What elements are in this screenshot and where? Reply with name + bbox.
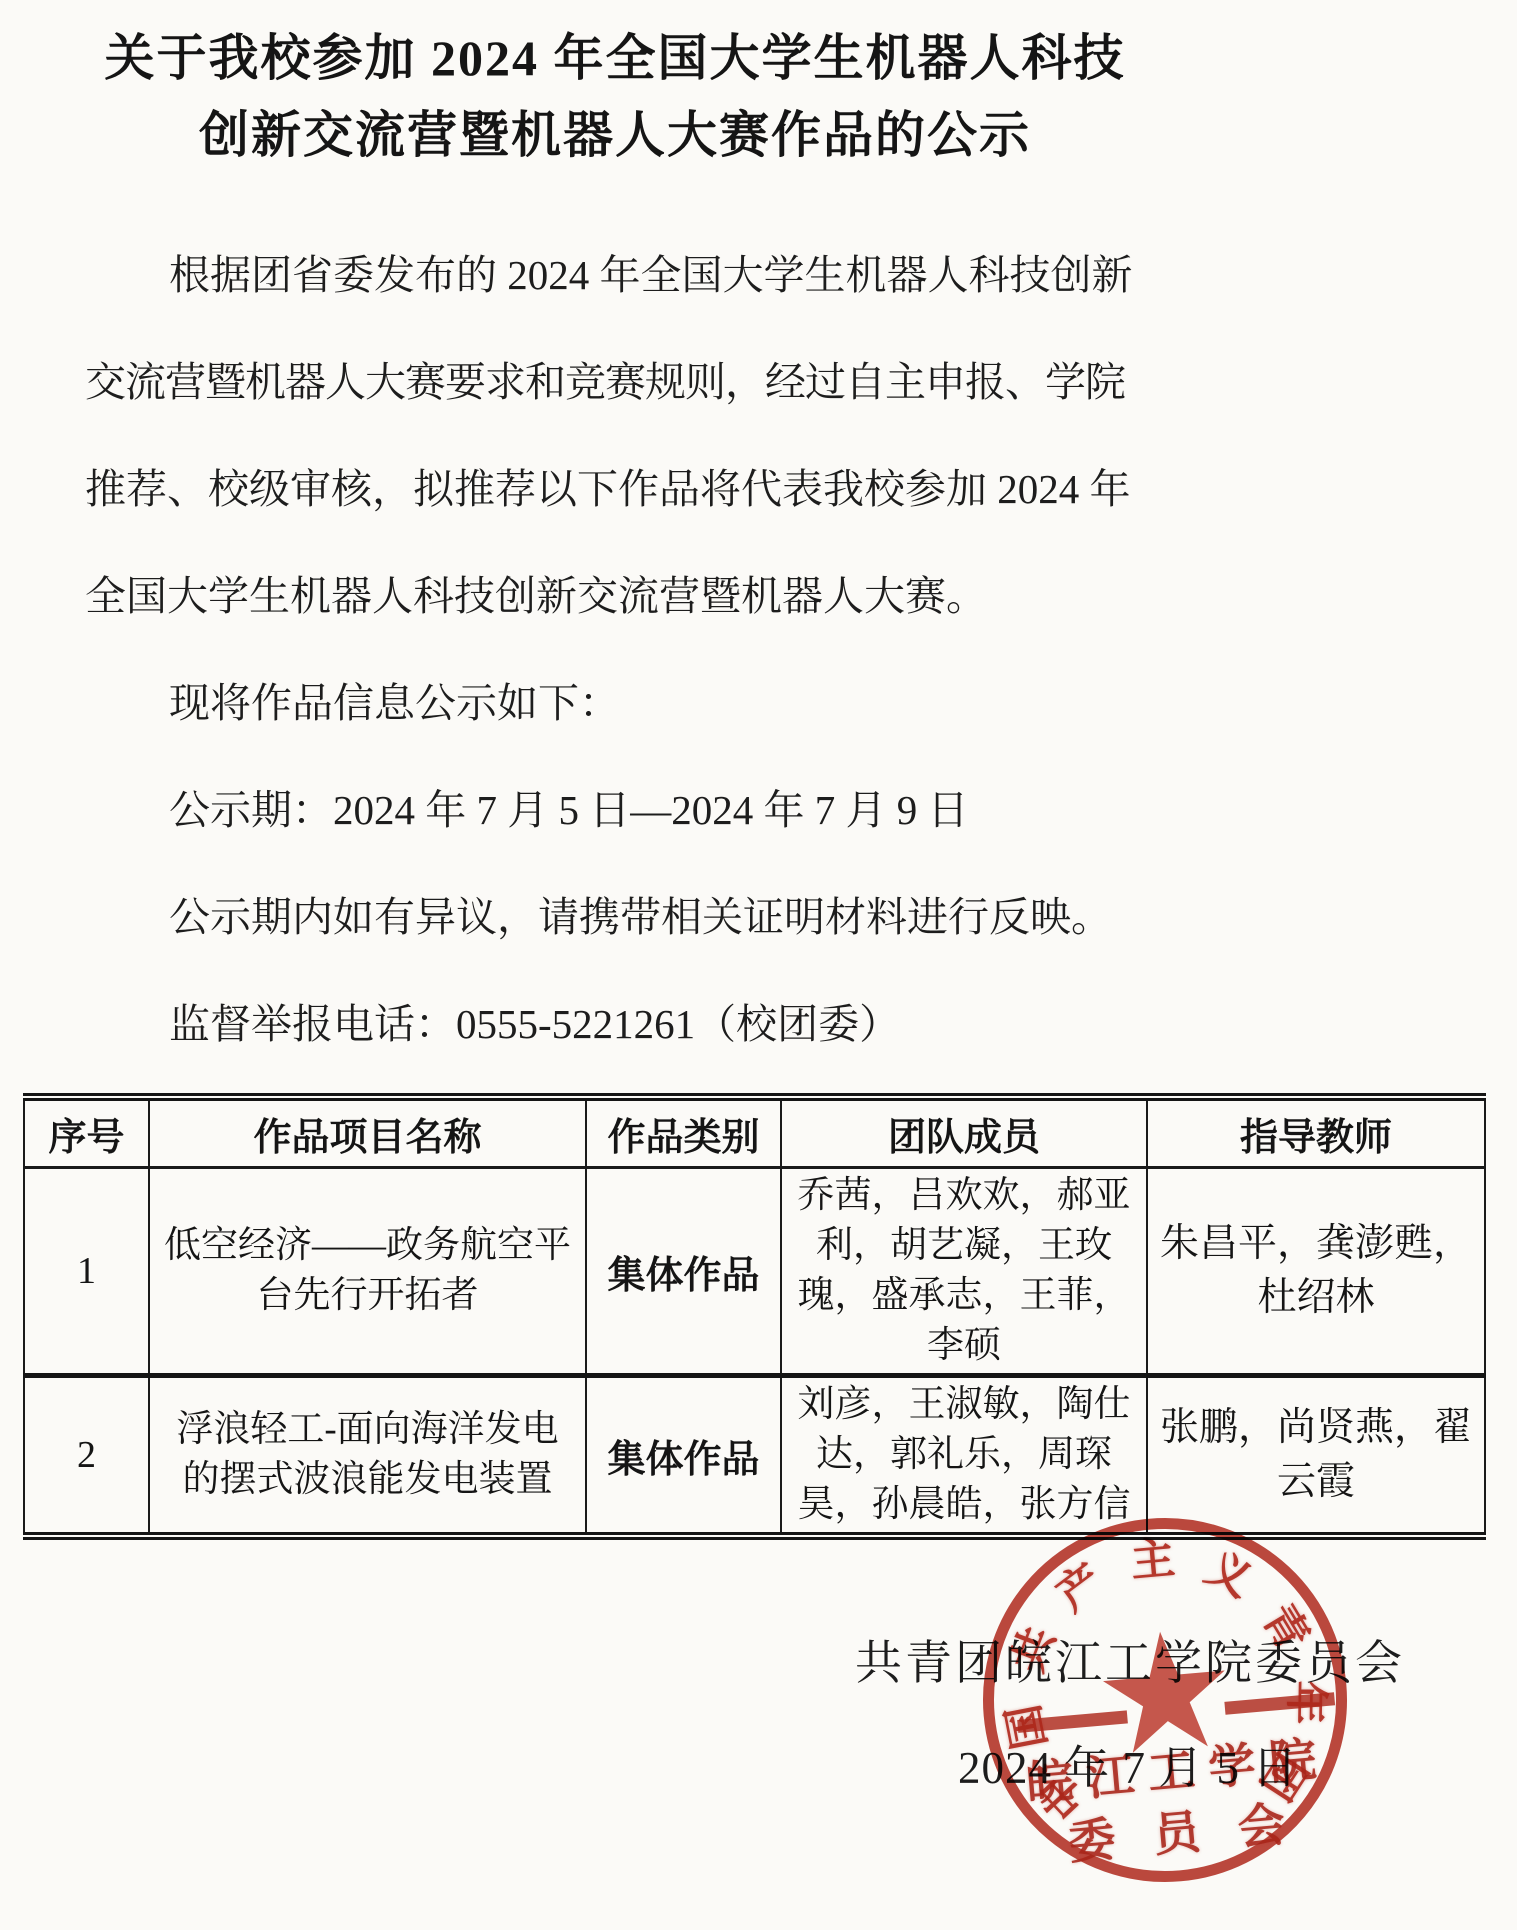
signature-date: 2024 年 7 月 5 日 [958,1731,1298,1796]
title-line-1: 关于我校参加 2024 年全国大学生机器人科技 [85,20,1145,97]
table-header-row: 序号 作品项目名称 作品类别 团队成员 指导教师 [24,1097,1485,1168]
title-line-2: 创新交流营暨机器人大赛作品的公示 [85,97,1145,174]
header-no: 序号 [24,1097,149,1168]
cell-project: 浮浪轻工-面向海洋发电的摆式波浪能发电装置 [149,1376,586,1537]
cell-category: 集体作品 [586,1168,781,1376]
cell-advisors: 朱昌平，龚澎甦，杜绍林 [1147,1168,1485,1376]
signature-organization: 共青团皖江工学院委员会 [855,1626,1405,1693]
header-project: 作品项目名称 [149,1097,586,1168]
header-advisors: 指导教师 [1147,1097,1485,1168]
cell-no: 1 [24,1168,149,1376]
cell-members: 乔茜，吕欢欢，郝亚利，胡艺凝，王玫瑰，盛承志，王菲，李硕 [781,1168,1147,1376]
projects-table: 序号 作品项目名称 作品类别 团队成员 指导教师 1 低空经济——政务航空平台先… [23,1093,1486,1540]
cell-members: 刘彦，王淑敏，陶仕达，郭礼乐，周琛昊，孙晨皓，张方信 [781,1376,1147,1537]
table-row: 1 低空经济——政务航空平台先行开拓者 集体作品 乔茜，吕欢欢，郝亚利，胡艺凝，… [24,1168,1485,1376]
seal-bar-left [1017,1710,1128,1733]
body-line: 推荐、校级审核，拟推荐以下作品将代表我校参加 2024 年 [85,436,1135,543]
body-line: 交流营暨机器人大赛要求和竞赛规则，经过自主申报、学院 [85,329,1135,436]
header-category: 作品类别 [586,1097,781,1168]
body-line-phone: 监督举报电话：0555-5221261（校团委） [85,971,1135,1078]
body-text: 根据团省委发布的 2024 年全国大学生机器人科技创新 交流营暨机器人大赛要求和… [85,222,1135,1078]
seal-bar-right [1224,1692,1335,1715]
document-page: 关于我校参加 2024 年全国大学生机器人科技 创新交流营暨机器人大赛作品的公示… [0,0,1517,1930]
body-line: 全国大学生机器人科技创新交流营暨机器人大赛。 [85,543,1135,650]
cell-category: 集体作品 [586,1376,781,1537]
seal-inner-line-2: 委员会 [1003,1782,1350,1879]
table-row: 2 浮浪轻工-面向海洋发电的摆式波浪能发电装置 集体作品 刘彦，王淑敏，陶仕达，… [24,1376,1485,1537]
cell-no: 2 [24,1376,149,1537]
official-seal: 中国共产主义青年团 皖江工学院 委员会 [968,1503,1362,1897]
body-line: 公示期内如有异议，请携带相关证明材料进行反映。 [85,864,1135,971]
body-line: 现将作品信息公示如下： [85,650,1135,757]
cell-advisors: 张鹏，尚贤燕，翟云霞 [1147,1376,1485,1537]
header-members: 团队成员 [781,1097,1147,1168]
body-line-publicity-period: 公示期：2024 年 7 月 5 日—2024 年 7 月 9 日 [85,757,1135,864]
document-title: 关于我校参加 2024 年全国大学生机器人科技 创新交流营暨机器人大赛作品的公示 [85,20,1145,174]
cell-project: 低空经济——政务航空平台先行开拓者 [149,1168,586,1376]
body-line: 根据团省委发布的 2024 年全国大学生机器人科技创新 [85,222,1135,329]
